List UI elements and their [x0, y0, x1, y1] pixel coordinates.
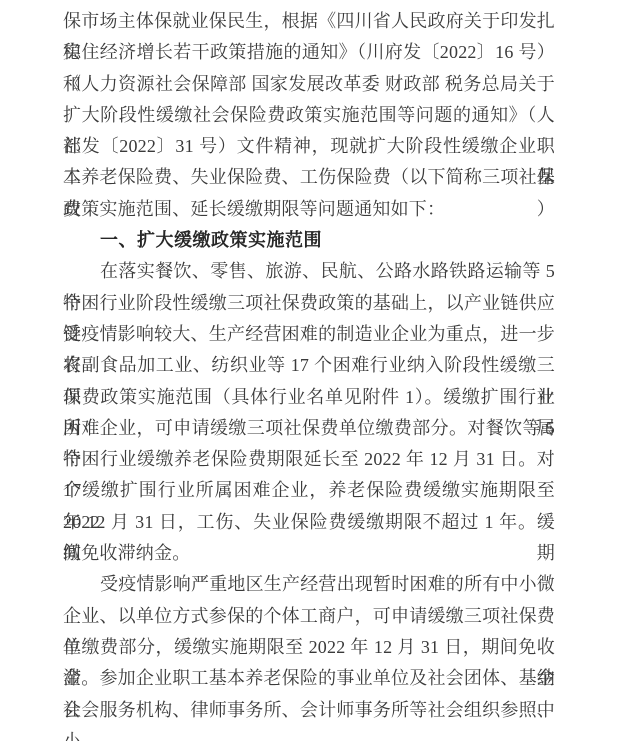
text-line: 特困行业阶段性缓缴三项社保费政策的基础上，以产业链供应链: [63, 288, 555, 319]
text-line: 在落实餐饮、零售、旅游、民航、公路水路铁路运输等 5 个: [63, 256, 555, 287]
text-line: 扩大阶段性缓缴社会保险费政策实施范围等问题的通知》（人社: [63, 100, 555, 131]
text-line: 特困行业缓缴养老保险费期限延长至 2022 年 12 月 31 日。对 17: [63, 444, 555, 475]
section-heading: 一、扩大缓缴政策实施范围: [63, 225, 555, 256]
text-line: 本养老保险费、失业保险费、工伤保险费（以下简称三项社保费）: [63, 162, 555, 193]
text-line: 个缓缴扩围行业所属困难企业，养老保险费缓缴实施期限至 2022: [63, 475, 555, 506]
text-line: 受疫情影响严重地区生产经营出现暂时困难的所有中小微: [63, 569, 555, 600]
text-line: 社会服务机构、律师事务所、会计师事务所等社会组织参照中小: [63, 695, 555, 726]
text-line: 稳住经济增长若干政策措施的通知》（川府发〔2022〕16 号）和: [63, 37, 555, 68]
text-line: 农副食品加工业、纺织业等 17 个困难行业纳入阶段性缓缴三项社: [63, 350, 555, 381]
text-line: 困难企业，可申请缓缴三项社保费单位缴费部分。对餐饮等 5 个: [63, 413, 555, 444]
text-line: 保费政策实施范围（具体行业名单见附件 1）。缓缴扩围行业所属: [63, 382, 555, 413]
text-line: 部发〔2022〕31 号）文件精神，现就扩大阶段性缓缴企业职工基: [63, 131, 555, 162]
document-page: 保市场主体保就业保民生，根据《四川省人民政府关于印发扎实稳住经济增长若干政策措施…: [0, 0, 619, 741]
text-line: 年 12 月 31 日，工伤、失业保险费缓缴期限不超过 1 年。缓缴期: [63, 507, 555, 538]
text-line: 保市场主体保就业保民生，根据《四川省人民政府关于印发扎实: [63, 6, 555, 37]
text-line: 《人力资源社会保障部 国家发展改革委 财政部 税务总局关于: [63, 69, 555, 100]
document-body: 保市场主体保就业保民生，根据《四川省人民政府关于印发扎实稳住经济增长若干政策措施…: [63, 6, 555, 726]
text-line: 金。参加企业职工基本养老保险的事业单位及社会团体、基金会、: [63, 663, 555, 694]
text-line: 位缴费部分，缓缴实施期限至 2022 年 12 月 31 日，期间免收滞纳: [63, 632, 555, 663]
text-line: 受疫情影响较大、生产经营困难的制造业企业为重点，进一步将: [63, 319, 555, 350]
text-line: 企业、以单位方式参保的个体工商户，可申请缓缴三项社保费单: [63, 601, 555, 632]
